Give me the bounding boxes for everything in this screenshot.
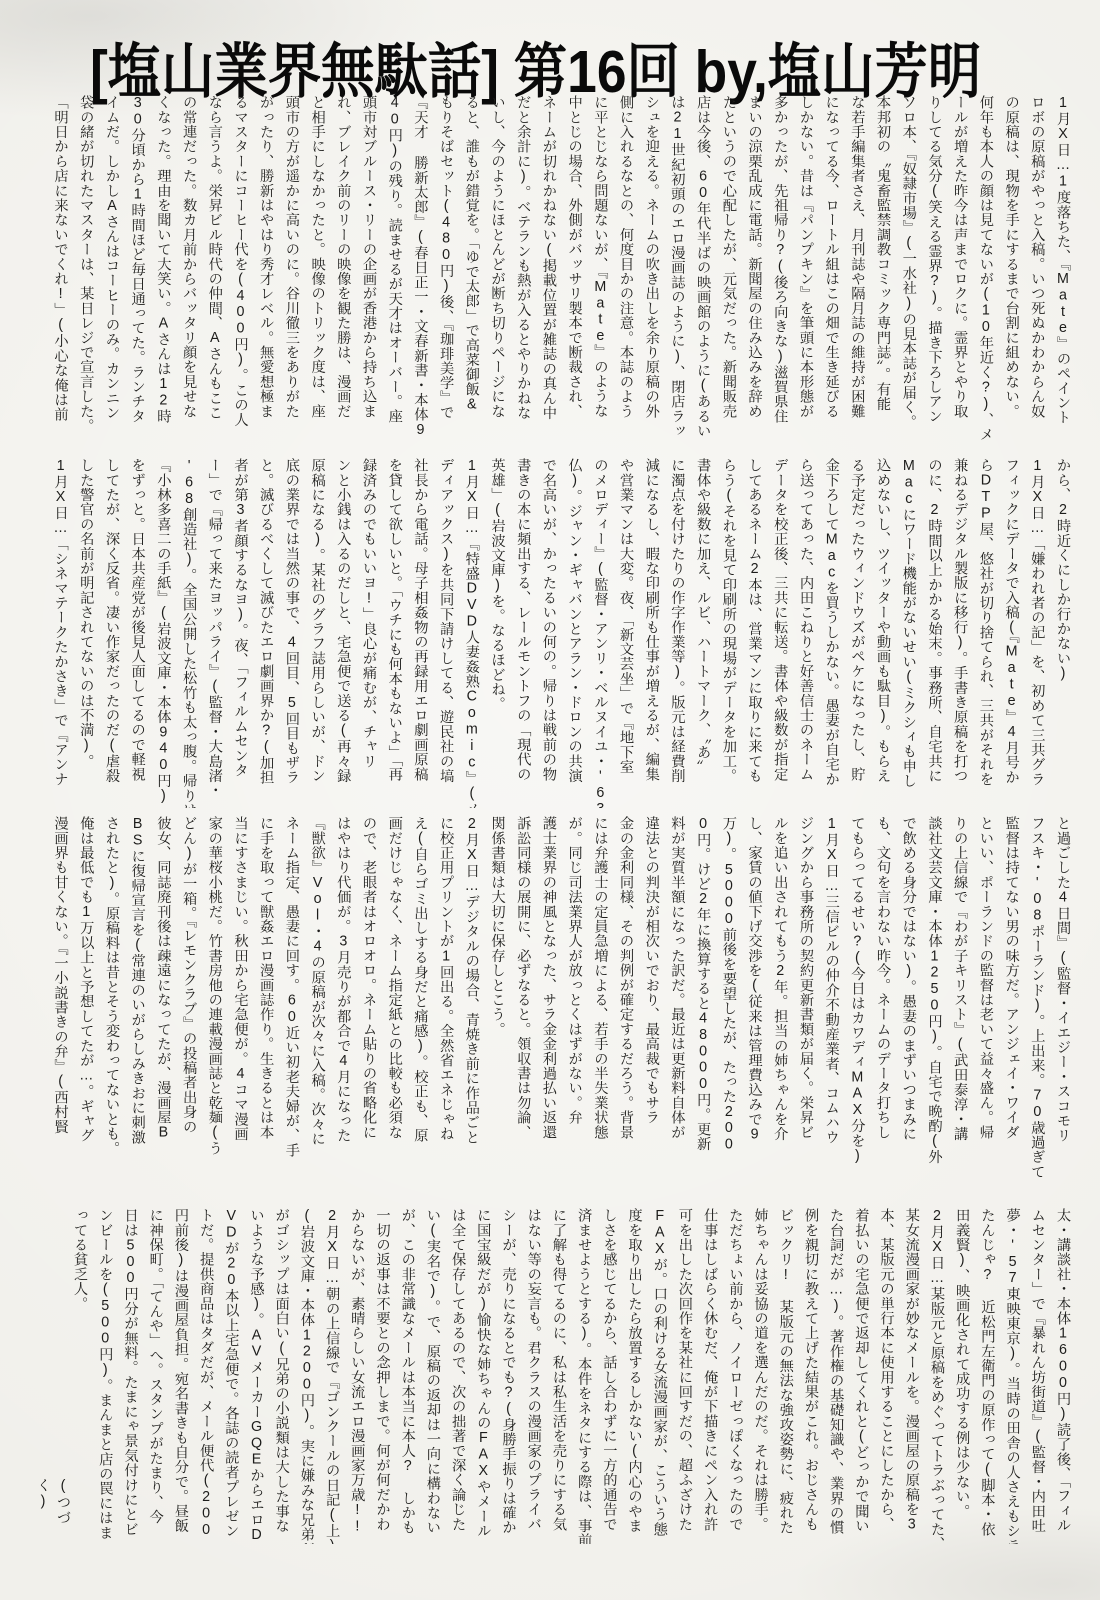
text-column: イムだ。しかしAさんはコーヒーのみ。カンニン [98, 95, 124, 447]
text-column: 当にすさまじい。秋田から宅急便が。4コマ漫画 [227, 816, 253, 1178]
text-column: ネームが切れかねない(掲載位置が雑誌の真ん中 [535, 95, 561, 447]
text-column: には弁護士の定員急増による、若手の半失業状態 [587, 816, 613, 1178]
text-column: 録済みのでもいいヨ!」良心が痛むが、チャリ [355, 458, 381, 808]
text-column: ロボの原稿がやっと入稿。いつ死ぬかわからん奴 [1024, 95, 1050, 447]
text-column: ら送ってあった、内田こねりと好善信士のネーム [792, 458, 818, 808]
text-column: のメロディー』(監督・アンリ・ベルヌイユ・'63 [587, 458, 613, 808]
text-column: たんじゃ? 近松門左衛門の原作って(脚本・依 [974, 1208, 999, 1544]
text-column: と相手にしなかったと。映像のトリック度は、座 [304, 95, 330, 447]
text-column: だと余計に)。ベテランも熱が入るとやりかねな [510, 95, 536, 447]
text-column: 0円。けど2年に換算すると48000円。更新 [689, 816, 715, 1178]
text-column: どん)が一箱。『レモンクラブ』の投稿者出身の [175, 816, 201, 1178]
text-column: に校正用プリントが1回出る。全然省エネじゃね [432, 816, 458, 1178]
text-column: ネーム指定、愚妻に回す。60近い初老夫婦が、手 [278, 816, 304, 1178]
text-column: え(自らゴミ出しする身だと痛感)。校正も、原 [407, 816, 433, 1178]
text-column: 料が実質半額になった訳だ。最近は更新料自体が [664, 816, 690, 1178]
text-column: 日は500円分が無料。たまにゃ景気付けにとビ [117, 1208, 142, 1544]
text-column: (岩波文庫・本体1200円)。実に嫌みな兄弟だ [294, 1208, 319, 1544]
text-column: で飲める身分ではない)。愚妻のまずいつまみに [895, 816, 921, 1178]
text-column: データを校正後、三共に転送。書体や級数が指定 [767, 458, 793, 808]
text-column: 漫画界も甘くない。『一小説書きの弁』(西村賢 [47, 816, 73, 1178]
text-column: 万)。5000前後を要望したが、たった200 [715, 816, 741, 1178]
text-column: と。滅びるべくして滅びたエロ劇画界か?(加担 [253, 458, 279, 808]
text-column: 金の金利同様、その判例が確定するだろう。背景 [612, 816, 638, 1178]
text-column: 本邦初の〝鬼畜監禁調教コミック専門誌〟。有能 [869, 95, 895, 447]
text-column: 原稿になる)。某社のグラフ誌用らしいが、ドン [304, 458, 330, 808]
text-column: してたが、深く反省。凄い作家だったのだ(虐殺 [98, 458, 124, 808]
text-column: 1月X日…「シネマテークたかさき」で『アンナ [47, 458, 73, 808]
text-column: 頭市の方が遥かに高いのに。谷川徹三をありがた [278, 95, 304, 447]
text-column: 円前後)は漫画屋負担。宛名書きも自分で。昼飯 [168, 1208, 193, 1544]
text-column: れ、ブレイク前のリーの映像を観た勝は、漫画だ [330, 95, 356, 447]
text-column: で名高いが、かったるいの何の。帰りは戦前の物 [535, 458, 561, 808]
text-column: は21世紀初頭のエロ漫画誌のように)、閉店ラッ [664, 95, 690, 447]
text-column: に了解も得てるのに、私は私生活を売りにする気 [546, 1208, 571, 1544]
text-column: をずっと。日本共産党が後見人面してるので軽視 [124, 458, 150, 808]
text-column: 訴訟同様の展開に、必ずなると。領収書は勿論、 [510, 816, 536, 1178]
text-column: ンと小銭は入るのだしと、宅急便で送る(再々録 [330, 458, 356, 808]
text-column: に平とじなら問題ないが、『Mate』のような [587, 95, 613, 447]
text-column: 1月X日…『特盛DVD人妻姦熟Comic』(メ [458, 458, 484, 808]
text-column: しさを感じてるから、話し合わずに一方的通告で [596, 1208, 621, 1544]
text-column: はない等の妄言も。君クラスの漫画家のプライバ [521, 1208, 546, 1544]
text-column: 仏)。ジャン・ギャバンとアラン・ドロンの共演 [561, 458, 587, 808]
text-column: りの上信線で『わが子キリスト』(武田泰淳・講 [946, 816, 972, 1178]
text-column: 何年も本人の顔は見てないが(10年近く?)、メ [972, 95, 998, 447]
text-column: ルを追い出されてもう2年。担当の姉ちゃんを介 [767, 816, 793, 1178]
text-column: FAXが。口の利ける女流漫画家が、こういう態 [647, 1208, 672, 1544]
text-column: ー」で『帰って来たヨッパライ』(監督・大島渚・ [201, 458, 227, 808]
text-column: 1月X日…「嫌われ者の記」を、初めて三共グラ [1024, 458, 1050, 808]
text-column: と過ごした4日間』(監督・イエジー・スコモリ [1049, 816, 1075, 1178]
text-column: に国宝級だが)愉快な姉ちゃんのFAXやメール [470, 1208, 495, 1544]
text-column: 兼ねるデジタル製版に移行)。手書き原稿を打つ [946, 458, 972, 808]
text-column: 30分頃から1時間ほど毎日通ってた。ランチタ [124, 95, 150, 447]
text-column: な若手編集者さえ、月刊誌や隔月誌の維持が困難 [844, 95, 870, 447]
text-column: 『獣欲』Vol・4の原稿が次々に入稿。次々に [304, 816, 330, 1178]
text-column: 俺は最低でも1万以上と予想してたが…。ギャグ [73, 816, 99, 1178]
text-column: 家の華桜小桃だ。竹書房他の連載漫画誌と乾麺(う [201, 816, 227, 1178]
text-column: ソロ本、『奴隷市場』(一水社)の見本誌が届く。 [895, 95, 921, 447]
text-column: 監督は持てない男の味方だ。アンジェイ・ワイダ [998, 816, 1024, 1178]
text-column: しかない。昔は『パンプキン』を筆頭に本形態が [792, 95, 818, 447]
text-column: の原稿は、現物を手にするまで台割に組めない。 [998, 95, 1024, 447]
text-column: 関係書類は大切に保存しとこう。 [484, 816, 510, 1178]
text-column: 例を親切に教えて上げた結果がこれ。おじさんも [798, 1208, 823, 1544]
text-column: がゴシップは面白い(兄弟の小説類は大した事な [269, 1208, 294, 1544]
text-column: が、この非常識なメールは本当に本人? しかも [395, 1208, 420, 1544]
text-column: 談社文芸文庫・本体1250円)。自宅で晩酌(外 [921, 816, 947, 1178]
text-column: 護士業界の神風となった、サラ金金利過払い返還 [535, 816, 561, 1178]
text-column: も、文句を言わない昨今。ネームのデータ打ちし [869, 816, 895, 1178]
text-column: が。同じ司法業界人が放っとくはずがない。弁 [561, 816, 587, 1178]
text-column: 袋の緒が切れたマスターは、某日レジで宣言した。 [73, 95, 99, 447]
text-column: '68創造社)。全国公開した松竹も太っ腹。帰りは [175, 458, 201, 808]
text-column: の常連だった。数カ月前からバッタリ顔を見せな [175, 95, 201, 447]
text-column: 社長から電話。母子相姦物の再録用エロ劇画原稿 [407, 458, 433, 808]
text-column: りしてる気分(笑える霊界?)。描き下ろしアン [921, 95, 947, 447]
text-column: らう(それを見て印刷所の現場がデータを加工。 [715, 458, 741, 808]
text-column: るマスターにコーヒー代を(400円)。この人 [227, 95, 253, 447]
text-column: いし、今のようにほとんどが断ち切りページにな [484, 95, 510, 447]
text-column: たというので心配したが、元気だった。新聞販売 [715, 95, 741, 447]
text-column: 姉ちゃんは妥協の道を選んだのだ。それは勝手。 [747, 1208, 772, 1544]
text-column: は全て保存してあるので、次の拙著で深く論じた [445, 1208, 470, 1544]
text-column: ので、老眼者はオロオロ。ネーム貼りの省略化に [355, 816, 381, 1178]
text-column: 夢・'57東映東京)。当時の田舎の人さえもシラけ [999, 1208, 1024, 1544]
text-column: 1月X日…三信ビルの仲介不動産業者、コムハウ [818, 816, 844, 1178]
text-column: 一切の返事は不要との念押しまで。何が何だかわ [369, 1208, 394, 1544]
text-column: 太・講談社・本体1600円)読了後、「フィル [1050, 1208, 1075, 1544]
text-column: 着払いの宅急便で返却してくれと(どっかで聞い [848, 1208, 873, 1544]
text-column: らDTP屋、悠社が切り捨てられ、三共がそれを [972, 458, 998, 808]
text-column: 中とじの場合、外側がバッサリ製本で断裁され、 [561, 95, 587, 447]
text-column: になってる今、ロートル組はこの畑で生き延びる [818, 95, 844, 447]
text-column: 『天才 勝新太郎』(春日正一・文春新書・本体9 [407, 95, 433, 447]
text-column: ビックリ! 某版元の無法な強攻姿勢に、疲れた [773, 1208, 798, 1544]
text-column: のに、2時間以上かかる始末。事務所、自宅共に [921, 458, 947, 808]
text-column: 違法との判決が相次いでおり、最高裁でもサラ [638, 816, 664, 1178]
text-column: はやはり代価が。3月売りが都合で4月になった [330, 816, 356, 1178]
text-column: や営業マンは大変。夜、「新文芸坐」で『地下室 [612, 458, 638, 808]
text-column: がったり、勝新はやはり秀才レベル。無愛想極ま [253, 95, 279, 447]
text-column: まいの涼栗乱成に電話。新聞屋の住み込みを辞め [741, 95, 767, 447]
text-column: 書体や級数に加え、ルビ、ハートマーク、〝あ〟 [689, 458, 715, 808]
text-column: 本、某版元の単行本に使用することにしたから、 [873, 1208, 898, 1544]
text-column: 某女流漫画家が妙なメールを。漫画屋の原稿を3 [899, 1208, 924, 1544]
text-column: ンビールを(500円)。まんまと店の罠にはま [92, 1208, 117, 1544]
text-column: 金下ろしてMacを買うしかない。愚妻が自宅か [818, 458, 844, 808]
text-column: 底の業界では当然の事で、4回目、5回目もザラ [278, 458, 304, 808]
magazine-page: [塩山業界無駄話] 第16回 by,塩山芳明 1月X日…1度落ちた、『Mate』… [0, 0, 1100, 1600]
text-column: た台詞だが…)。著作権の基礎知識や、業界の慣 [823, 1208, 848, 1544]
text-column: に神保町。「てんや」へ。スタンプがたまり、今 [142, 1208, 167, 1544]
text-column: といい、ポーランドの監督は老いて益々盛ん。帰 [972, 816, 998, 1178]
text-band-3: と過ごした4日間』(監督・イエジー・スコモリフスキ・'08ポーランド)。上出来。… [24, 816, 1075, 1178]
text-column: Macにワード機能がないせい(ミクシィも申し [895, 458, 921, 808]
text-column: シュを迎える。ネームの吹き出しを余り原稿の外 [638, 95, 664, 447]
text-column: ディアックス)を共同下請けしてる、遊民社の塙 [432, 458, 458, 808]
text-column: 画だけじゃなく、ネーム指定紙との比較も必須な [381, 816, 407, 1178]
text-column: 2月X日…某版元と原稿をめぐってトラぶってた、 [924, 1208, 949, 1544]
text-column: 込めないし、ツイッターや動画も駄目)。もらえ [869, 458, 895, 808]
text-column: ムセンター」で『暴れん坊街道』(監督・内田吐 [1025, 1208, 1050, 1544]
text-column: してあるネーム2本は、営業マンに取りに来ても [741, 458, 767, 808]
text-column: ジングから事務所の契約更新書類が届く。栄昇ビ [792, 816, 818, 1178]
text-column: 田義賢)、映画化されて成功する例は少ない。 [949, 1208, 974, 1544]
text-column: 彼女、同誌廃刊後は疎遠になってたが、漫画屋B [150, 816, 176, 1178]
text-column: 書きの本に頻出する、レールモントフの「現代の [510, 458, 536, 808]
text-band-2: から、2時近くにしか行かない)1月X日…「嫌われ者の記」を、初めて三共グラフィッ… [24, 458, 1075, 808]
text-column: 1月X日…1度落ちた、『Mate』のペイント [1049, 95, 1075, 447]
text-column: ただちょい前から、ノイローゼっぽくなったので [722, 1208, 747, 1544]
text-column: フスキ・'08ポーランド)。上出来。70歳過ぎて [1024, 816, 1050, 1178]
text-column: し、家賃の値下げ交渉を(従来は管理費込みで9 [741, 816, 767, 1178]
text-column: てもらってるせい?(今日はカワディMAX分を) [844, 816, 870, 1178]
text-band-1: 1月X日…1度落ちた、『Mate』のペイントロボの原稿がやっと入稿。いつ死ぬかわ… [24, 95, 1075, 447]
text-column: 店は今後、60年代半ばの映画館のように(あるい [689, 95, 715, 447]
text-column: い(実名で)。で、原稿の返却は一向に構わない [420, 1208, 445, 1544]
text-column: いような予感)。AVメーカーGQEからエロD [243, 1208, 268, 1544]
text-column: 度を取り出したら放置するしかない(内心のやま [621, 1208, 646, 1544]
text-column: もりそばセット(480円)後、『珈琲美学』で [432, 95, 458, 447]
text-column: る予定だったウィンドウズがペケになったし、貯 [844, 458, 870, 808]
text-column: 多かったが、先祖帰り?(後ろ向きな)滋賀県住 [767, 95, 793, 447]
text-column: トだ。提供商品はタダだが、メール便代(200 [193, 1208, 218, 1544]
text-column: シーが、売りになるとでも?(身勝手振りは確か [495, 1208, 520, 1544]
text-column: 側に入れるなとの、何度目かの注意。本誌のよう [612, 95, 638, 447]
text-column: から、2時近くにしか行かない) [1049, 458, 1075, 808]
text-column: ると、誰もが錯覚を。「ゆで太郎」で高菜御飯& [458, 95, 484, 447]
text-column: なら言うよ。栄昇ビル時代の仲間、Aさんもここ [201, 95, 227, 447]
continuation-marker: (つづく) [33, 1478, 73, 1544]
text-column: 2月X日…デジタルの場合、青焼き前に作品ごと [458, 816, 484, 1178]
text-column: 仕事はしばらく休むだ、俺が下描きにペン入れ許 [697, 1208, 722, 1544]
text-column: 英雄」(岩波文庫)を。なるほどね。 [484, 458, 510, 808]
text-column: BSに復帰宣言を(常連のいがらしみきおに刺激 [124, 816, 150, 1178]
text-column: からないが、素晴らしい女流エロ漫画家万歳!! [344, 1208, 369, 1544]
text-column: 40円)の残り。読ませるが天才はオーバー。座 [381, 95, 407, 447]
text-column: に手を取って獣姦エロ漫画誌作り。生きるとは本 [253, 816, 279, 1178]
text-column: に濁点を付けたりの作字作業等)。版元は経費削 [664, 458, 690, 808]
text-column: ールが増えた昨今は声までロクに。霊界とやり取 [946, 95, 972, 447]
text-column: 『小林多喜二の手紙』(岩波文庫・本体940円) [150, 458, 176, 808]
text-band-4: 太・講談社・本体1600円)読了後、「フィルムセンター」で『暴れん坊街道』(監督… [24, 1208, 1075, 1544]
text-column: 可を出した次回作を某社に回すだの、超ふざけた [672, 1208, 697, 1544]
text-column: されたと)。原稿料は昔とそう変わってないとも。 [98, 816, 124, 1178]
text-column: した警官の名前が明記されてないのは不満)。 [73, 458, 99, 808]
text-column: 2月X日…朝の上信線で『ゴンクールの日記(上)』 [319, 1208, 344, 1544]
text-column: 頭市対ブルース・リーの企画が香港から持ち込ま [355, 95, 381, 447]
text-column: 済ませようとする)。本件をネタにする際は、事前 [571, 1208, 596, 1544]
text-column: フィックにデータで入稿(『Mate』4月号か [998, 458, 1024, 808]
text-column: 者が第3者顔するなヨ)。夜、「フィルムセンタ [227, 458, 253, 808]
text-column: くなった。理由を聞いて大笑い。Aさんは12時 [150, 95, 176, 447]
text-column: VDが20本以上宅急便で。各誌の読者プレゼン [218, 1208, 243, 1544]
text-column: を貸して欲しいと。「ウチにも何本もないよ」「再 [381, 458, 407, 808]
text-column: 減になるし、暇な印刷所も仕事が増えるが、編集 [638, 458, 664, 808]
text-column: 「明日から店に来ないでくれ!」(小心な俺は前 [47, 95, 73, 447]
